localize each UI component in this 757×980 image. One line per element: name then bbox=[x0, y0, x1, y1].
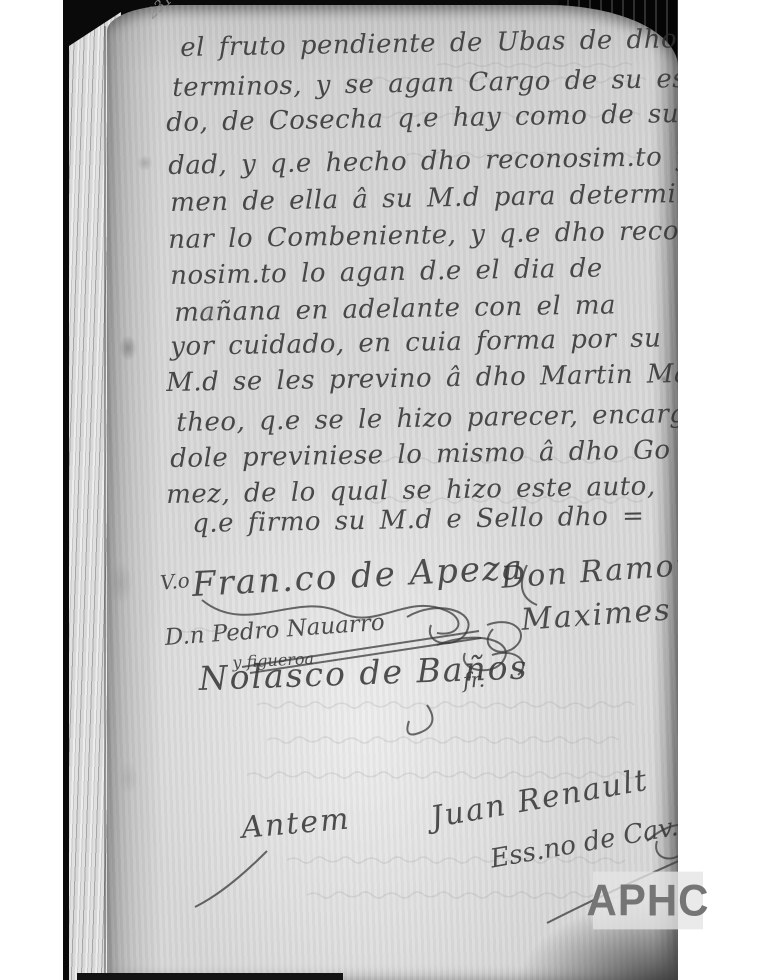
book-photo: 231v el fruto pendiente de Ubas de dhos … bbox=[63, 0, 678, 980]
paper-blemish bbox=[117, 761, 139, 795]
photo-bottom-strip bbox=[77, 973, 343, 980]
marginal-mark: V.o bbox=[159, 568, 191, 595]
ink-smudge bbox=[119, 335, 137, 361]
manuscript-page: 231v el fruto pendiente de Ubas de dhos … bbox=[107, 5, 678, 980]
paper-blemish bbox=[107, 561, 133, 605]
aphc-watermark: APHC bbox=[593, 872, 703, 930]
ink-spot bbox=[660, 375, 668, 383]
gutter-shadow bbox=[104, 26, 106, 980]
paper-blemish bbox=[195, 303, 225, 323]
signature-fr-mark: fr. bbox=[462, 667, 486, 692]
document-scan: 231v el fruto pendiente de Ubas de dhos … bbox=[0, 0, 757, 980]
ink-smudge bbox=[137, 155, 153, 171]
